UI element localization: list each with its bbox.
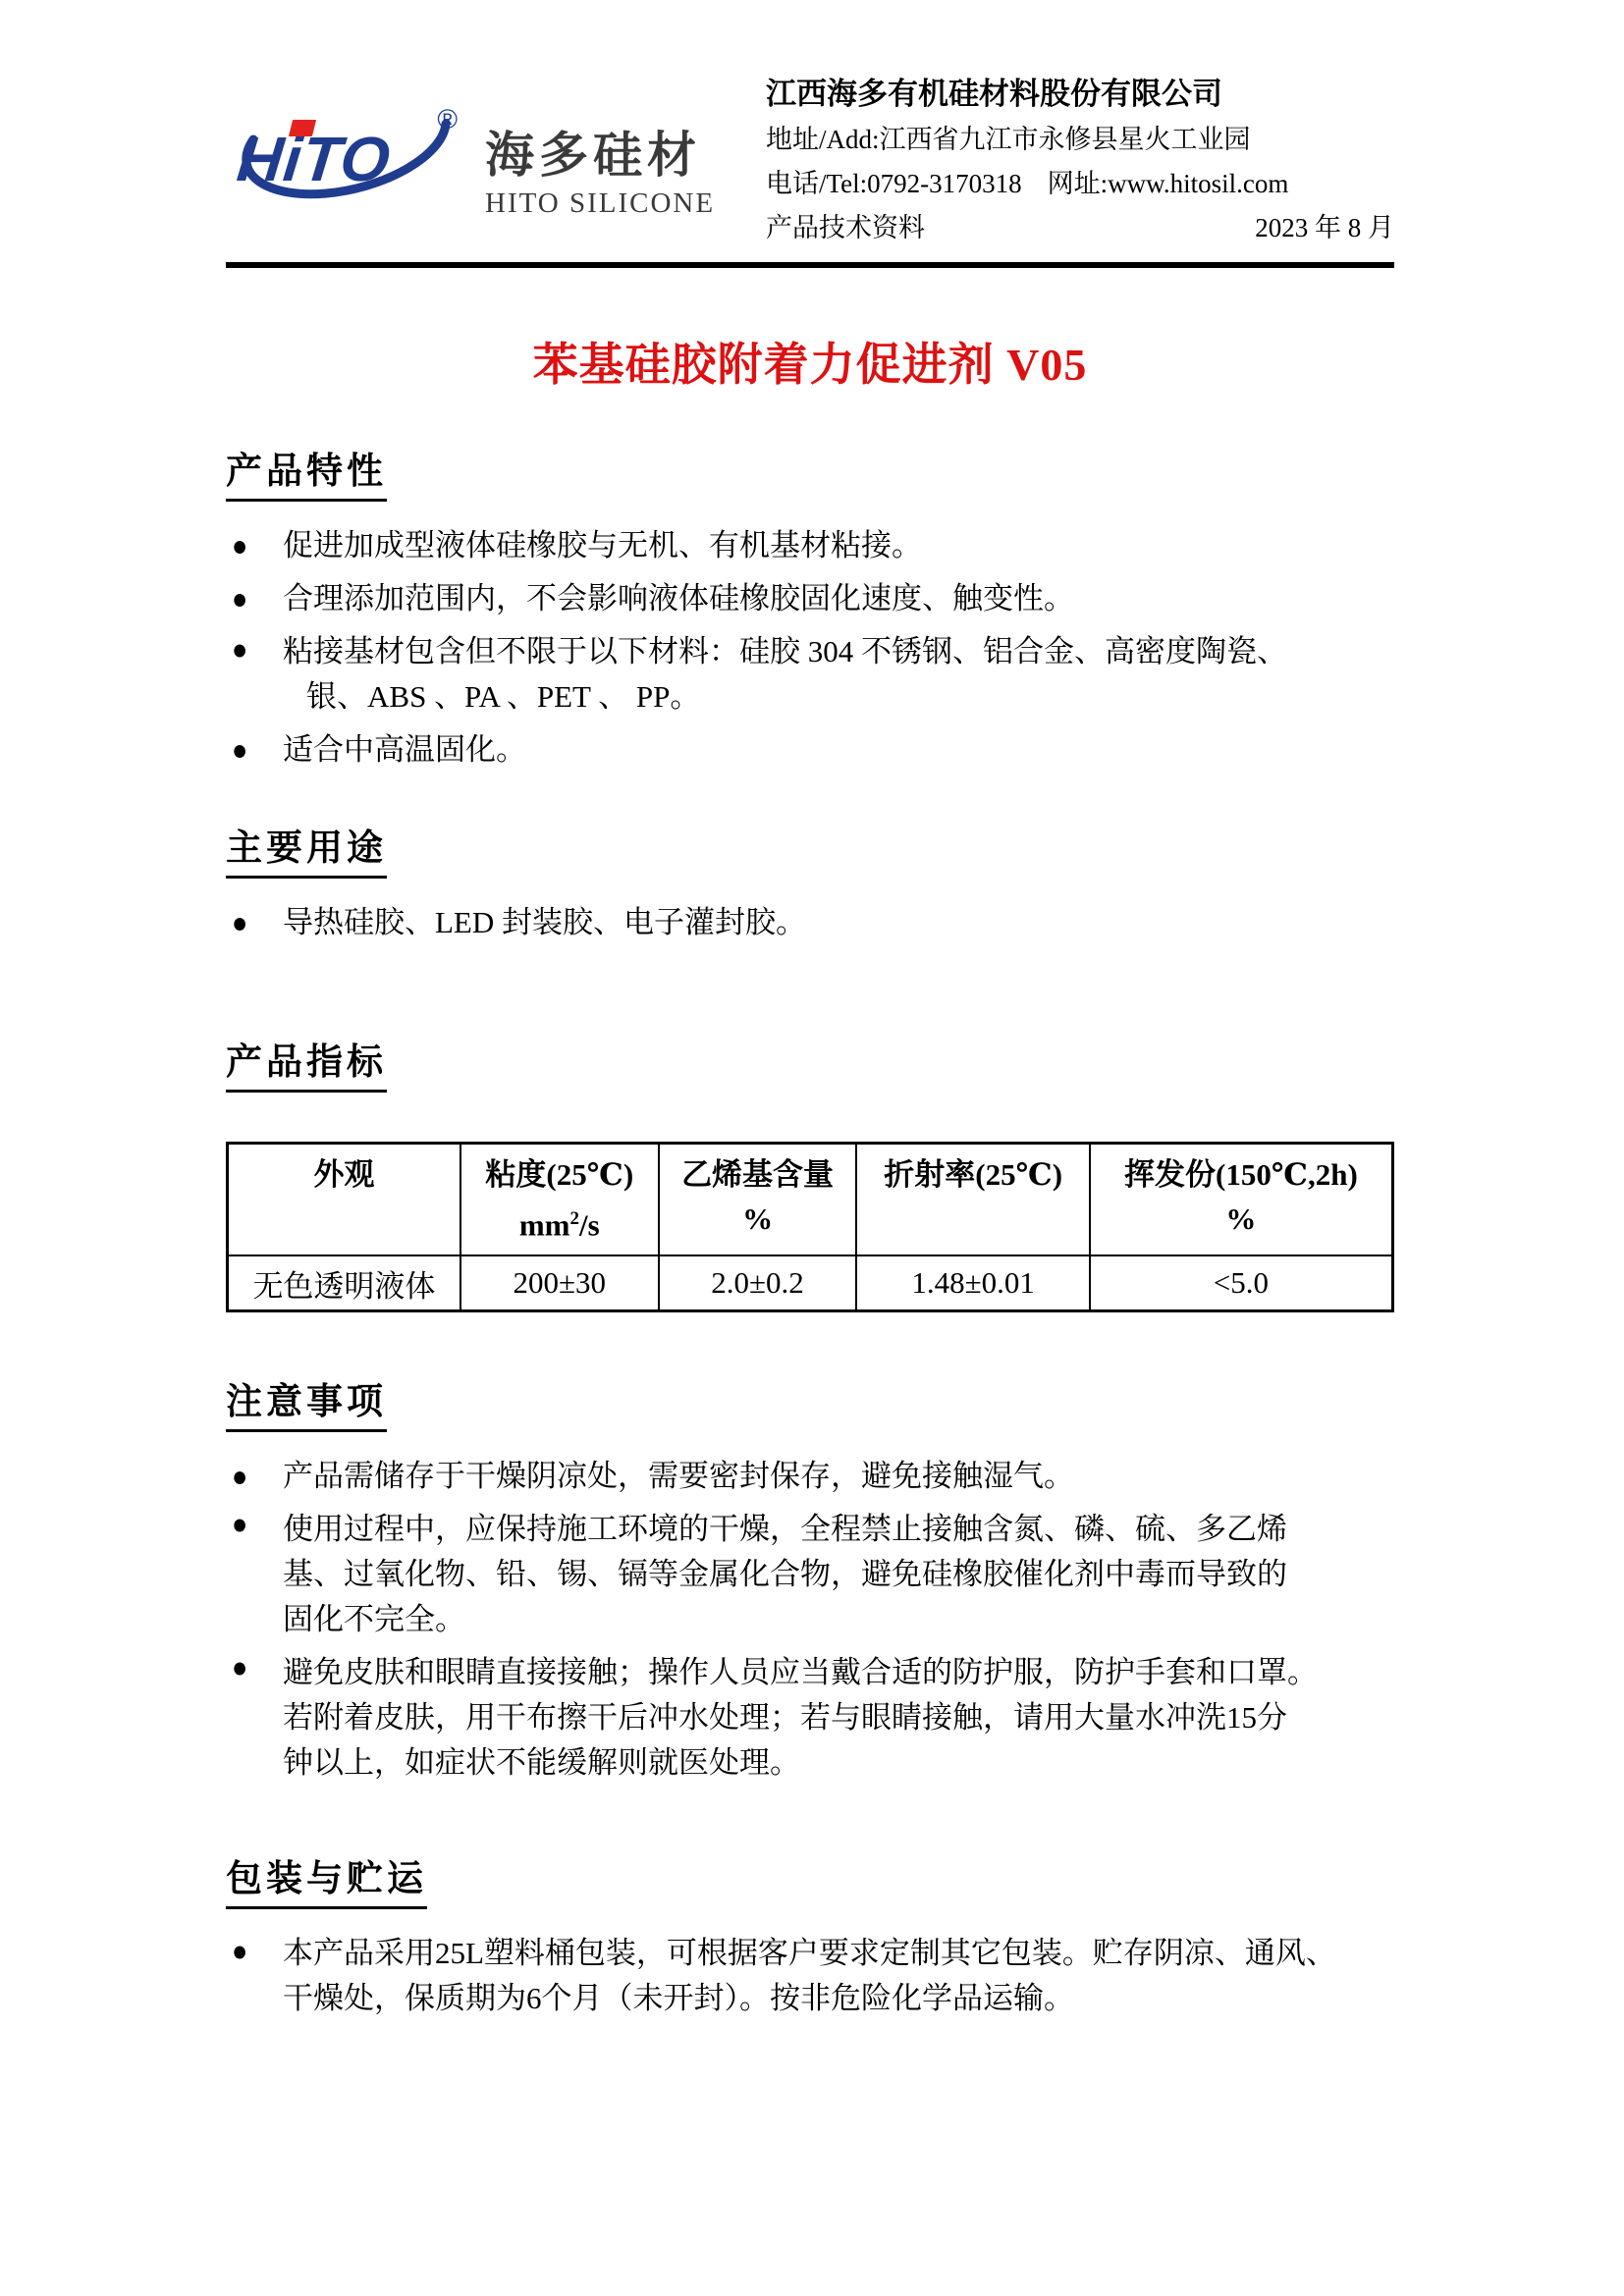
- text-line: 促进加成型液体硅橡胶与无机、有机基材粘接。: [283, 523, 1394, 568]
- list-item: ● 本产品采用25L塑料桶包装，可根据客户要求定制其它包装。贮存阴凉、通风、 干…: [232, 1931, 1394, 2021]
- specs-table-header-row: 外观 粘度(25℃) mm2/s 乙烯基含量 % 折射率(25℃): [228, 1144, 1393, 1256]
- specs-table-data-row: 无色透明液体 200±30 2.0±0.2 1.48±0.01 <5.0: [228, 1255, 1393, 1310]
- text-line: 粘接基材包含但不限于以下材料：硅胶 304 不锈钢、铝合金、高密度陶瓷、: [283, 629, 1394, 674]
- features-list: ● 促进加成型液体硅橡胶与无机、有机基材粘接。 ● 合理添加范围内，不会影响液体…: [226, 523, 1394, 773]
- logo-en-name: HITO SILICONE: [485, 187, 715, 220]
- text-line: 使用过程中，应保持施工环境的干燥，全程禁止接触含氮、磷、硫、多乙烯: [283, 1507, 1394, 1552]
- text-line: 本产品采用25L塑料桶包装，可根据客户要求定制其它包装。贮存阴凉、通风、: [283, 1931, 1394, 1976]
- text-line: 避免皮肤和眼睛直接接触；操作人员应当戴合适的防护服，防护手套和口罩。: [283, 1650, 1394, 1695]
- column-header-line2: %: [664, 1198, 852, 1241]
- unit-suffix: /s: [579, 1207, 600, 1242]
- registered-trademark-icon: ®: [437, 104, 458, 135]
- table-cell-vinyl-content: 2.0±0.2: [659, 1255, 857, 1310]
- page: HiTO ® 海多硅材 HITO SILICONE 江西海多有机硅材料股份有限公…: [0, 0, 1624, 2296]
- bullet-icon: ●: [232, 1642, 283, 1794]
- logo-art: HiTO ®: [226, 102, 463, 236]
- doc-type: 产品技术资料: [766, 206, 925, 250]
- text-line: 基、过氧化物、铅、锡、镉等金属化合物，避免硅橡胶催化剂中毒而导致的: [283, 1552, 1394, 1597]
- section-heading-uses: 主要用途: [226, 818, 1394, 879]
- company-logo: HiTO ® 海多硅材 HITO SILICONE: [226, 102, 717, 236]
- text-line: 银、ABS 、PA 、PET 、 PP。: [283, 674, 1394, 720]
- logo-cn-name: 海多硅材: [485, 127, 715, 184]
- list-item: ● 导热硅胶、LED 封装胶、电子灌封胶。: [232, 900, 1394, 945]
- packing-list: ● 本产品采用25L塑料桶包装，可根据客户要求定制其它包装。贮存阴凉、通风、 干…: [226, 1931, 1394, 2021]
- spacer: [1022, 162, 1048, 206]
- section-specs: 产品指标 外观 粘度(25℃) mm2/s 乙烯基含量: [226, 1032, 1394, 1312]
- table-col-header-viscosity: 粘度(25℃) mm2/s: [460, 1144, 659, 1256]
- column-header-line1: 外观: [233, 1152, 456, 1198]
- table-col-header-refractive-index: 折射率(25℃): [856, 1144, 1089, 1256]
- list-item-text: 适合中高温固化。: [283, 727, 1394, 773]
- bullet-icon: ●: [232, 1451, 283, 1502]
- list-item-text: 产品需储存于干燥阴凉处，需要密封保存，避免接触湿气。: [283, 1454, 1394, 1499]
- text-line: 干燥处，保质期为6个月（未开封）。按非危险化学品运输。: [283, 1976, 1394, 2021]
- bullet-icon: ●: [232, 1499, 283, 1651]
- company-tel: 电话/Tel:0792-3170318: [766, 162, 1022, 206]
- product-title: 苯基硅胶附着力促进剂 V05: [226, 329, 1394, 394]
- table-col-header-vinyl-content: 乙烯基含量 %: [659, 1144, 857, 1256]
- list-item: ● 适合中高温固化。: [232, 727, 1394, 773]
- section-heading-precautions: 注意事项: [226, 1371, 1394, 1432]
- column-header-line1: 折射率(25℃): [861, 1152, 1084, 1198]
- company-website: 网址:www.hitosil.com: [1048, 162, 1289, 206]
- header-divider: [226, 262, 1394, 268]
- text-line: 固化不完全。: [283, 1597, 1394, 1642]
- section-heading-text: 产品指标: [226, 1032, 387, 1093]
- page-header: HiTO ® 海多硅材 HITO SILICONE 江西海多有机硅材料股份有限公…: [226, 69, 1394, 250]
- column-header-line1: 粘度(25℃): [465, 1152, 654, 1198]
- section-heading-specs: 产品指标: [226, 1032, 1394, 1093]
- bullet-icon: ●: [232, 520, 283, 571]
- list-item-text: 使用过程中，应保持施工环境的干燥，全程禁止接触含氮、磷、硫、多乙烯 基、过氧化物…: [283, 1507, 1394, 1642]
- section-heading-features: 产品特性: [226, 441, 1394, 502]
- list-item-text: 促进加成型液体硅橡胶与无机、有机基材粘接。: [283, 523, 1394, 568]
- list-item: ● 使用过程中，应保持施工环境的干燥，全程禁止接触含氮、磷、硫、多乙烯 基、过氧…: [232, 1507, 1394, 1642]
- text-line: 合理添加范围内，不会影响液体硅橡胶固化速度、触变性。: [283, 576, 1394, 621]
- table-cell-viscosity: 200±30: [460, 1255, 659, 1310]
- table-cell-appearance: 无色透明液体: [228, 1255, 460, 1310]
- section-features: 产品特性 ● 促进加成型液体硅橡胶与无机、有机基材粘接。 ● 合理添加范围内，不…: [226, 441, 1394, 773]
- text-line: 适合中高温固化。: [283, 727, 1394, 773]
- uses-list: ● 导热硅胶、LED 封装胶、电子灌封胶。: [226, 900, 1394, 945]
- section-uses: 主要用途 ● 导热硅胶、LED 封装胶、电子灌封胶。: [226, 818, 1394, 945]
- column-header-line2: [861, 1198, 1084, 1241]
- doc-date: 2023 年 8 月: [1255, 206, 1394, 250]
- column-header-line1: 乙烯基含量: [664, 1152, 852, 1198]
- specs-table: 外观 粘度(25℃) mm2/s 乙烯基含量 % 折射率(25℃): [226, 1142, 1394, 1312]
- precautions-list: ● 产品需储存于干燥阴凉处，需要密封保存，避免接触湿气。 ● 使用过程中，应保持…: [226, 1454, 1394, 1786]
- unit-superscript: 2: [570, 1208, 580, 1229]
- list-item: ● 合理添加范围内，不会影响液体硅橡胶固化速度、触变性。: [232, 576, 1394, 621]
- table-col-header-volatiles: 挥发份(150℃,2h) %: [1090, 1144, 1393, 1256]
- section-heading-packing: 包装与贮运: [226, 1848, 1394, 1909]
- list-item-text: 导热硅胶、LED 封装胶、电子灌封胶。: [283, 900, 1394, 945]
- section-precautions: 注意事项 ● 产品需储存于干燥阴凉处，需要密封保存，避免接触湿气。 ● 使用过程…: [226, 1371, 1394, 1786]
- doc-meta: 产品技术资料 2023 年 8 月: [766, 206, 1394, 250]
- bullet-icon: ●: [232, 724, 283, 775]
- bullet-icon: ●: [232, 1925, 283, 2026]
- red-dot-icon: [289, 120, 316, 136]
- text-line: 若附着皮肤，用干布擦干后冲水处理；若与眼睛接触，请用大量水冲洗15分: [283, 1695, 1394, 1740]
- text-line: 导热硅胶、LED 封装胶、电子灌封胶。: [283, 900, 1394, 945]
- column-header-line2: %: [1095, 1198, 1387, 1241]
- list-item-text: 避免皮肤和眼睛直接接触；操作人员应当戴合适的防护服，防护手套和口罩。 若附着皮肤…: [283, 1650, 1394, 1786]
- company-address: 地址/Add:江西省九江市永修县星火工业园: [766, 118, 1394, 162]
- table-cell-volatiles: <5.0: [1090, 1255, 1393, 1310]
- list-item: ● 促进加成型液体硅橡胶与无机、有机基材粘接。: [232, 523, 1394, 568]
- bullet-icon: ●: [232, 623, 283, 724]
- section-heading-text: 主要用途: [226, 818, 387, 879]
- list-item: ● 避免皮肤和眼睛直接接触；操作人员应当戴合适的防护服，防护手套和口罩。 若附着…: [232, 1650, 1394, 1786]
- list-item-text: 本产品采用25L塑料桶包装，可根据客户要求定制其它包装。贮存阴凉、通风、 干燥处…: [283, 1931, 1394, 2021]
- table-col-header-appearance: 外观: [228, 1144, 460, 1256]
- list-item-text: 合理添加范围内，不会影响液体硅橡胶固化速度、触变性。: [283, 576, 1394, 621]
- section-packing: 包装与贮运 ● 本产品采用25L塑料桶包装，可根据客户要求定制其它包装。贮存阴凉…: [226, 1848, 1394, 2021]
- list-item: ● 产品需储存于干燥阴凉处，需要密封保存，避免接触湿气。: [232, 1454, 1394, 1499]
- bullet-icon: ●: [232, 897, 283, 948]
- company-info: 江西海多有机硅材料股份有限公司 地址/Add:江西省九江市永修县星火工业园 电话…: [766, 69, 1394, 250]
- section-heading-text: 产品特性: [226, 441, 387, 502]
- logo-wordmark: HiTO: [235, 128, 394, 190]
- column-header-line2: [233, 1198, 456, 1241]
- bullet-icon: ●: [232, 573, 283, 624]
- column-header-unit: mm2/s: [465, 1198, 654, 1247]
- company-contact: 电话/Tel:0792-3170318 网址:www.hitosil.com: [766, 162, 1394, 206]
- column-header-line1: 挥发份(150℃,2h): [1095, 1152, 1387, 1198]
- company-name: 江西海多有机硅材料股份有限公司: [766, 71, 1394, 118]
- list-item-text: 粘接基材包含但不限于以下材料：硅胶 304 不锈钢、铝合金、高密度陶瓷、 银、A…: [283, 629, 1394, 720]
- table-cell-refractive-index: 1.48±0.01: [856, 1255, 1089, 1310]
- unit-prefix: mm: [519, 1207, 570, 1242]
- list-item: ● 粘接基材包含但不限于以下材料：硅胶 304 不锈钢、铝合金、高密度陶瓷、 银…: [232, 629, 1394, 720]
- text-line: 产品需储存于干燥阴凉处，需要密封保存，避免接触湿气。: [283, 1454, 1394, 1499]
- section-heading-text: 注意事项: [226, 1371, 387, 1432]
- section-heading-text: 包装与贮运: [226, 1848, 427, 1909]
- logo-names: 海多硅材 HITO SILICONE: [485, 119, 715, 220]
- text-line: 钟以上，如症状不能缓解则就医处理。: [283, 1740, 1394, 1786]
